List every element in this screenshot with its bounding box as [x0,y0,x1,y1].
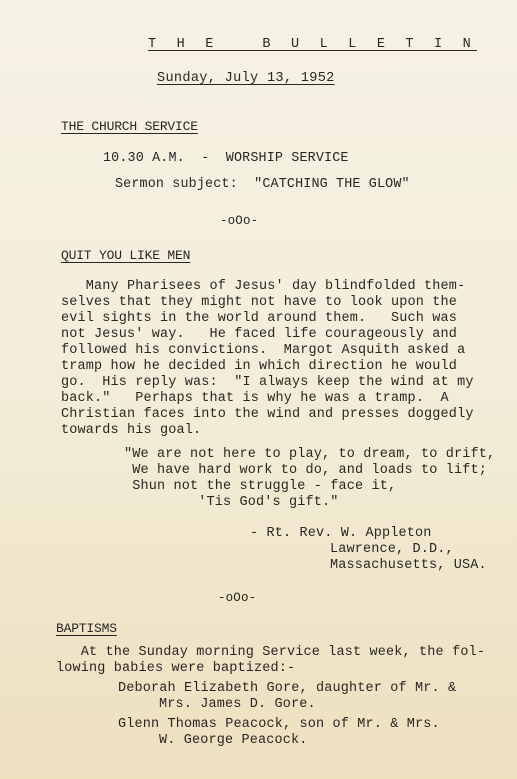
section-divider: -oOo- [220,213,258,229]
paragraph-line: Christian faces into the wind and presse… [61,407,474,423]
church-service-heading: THE CHURCH SERVICE [61,119,198,135]
quit-you-like-men-heading: QUIT YOU LIKE MEN [61,248,190,264]
bulletin-date: Sunday, July 13, 1952 [157,71,335,87]
paragraph-line: towards his goal. [61,423,201,439]
paragraph-line: not Jesus' way. He faced life courageous… [61,327,457,343]
poem-line: Shun not the struggle - face it, [124,479,396,495]
baptisms-heading: BAPTISMS [56,621,117,637]
attribution-location: Massachusetts, USA. [330,558,487,574]
bulletin-title: T H E B U L L E T I N [148,37,477,53]
attribution-title: Lawrence, D.D., [330,542,454,558]
paragraph-line: go. His reply was: "I always keep the wi… [61,375,474,391]
poem-line: We have hard work to do, and loads to li… [124,463,487,479]
baptism-entry-line: Mrs. James D. Gore. [159,697,316,713]
baptism-entry-line: W. George Peacock. [159,733,308,749]
paragraph-line: followed his convictions. Margot Asquith… [61,343,465,359]
baptism-entry-line: Deborah Elizabeth Gore, daughter of Mr. … [118,681,456,697]
poem-line: "We are not here to play, to dream, to d… [124,447,495,463]
paragraph-line: selves that they might not have to look … [61,295,457,311]
paragraph-line: back." Perhaps that is why he was a tram… [61,391,449,407]
service-time: 10.30 A.M. - WORSHIP SERVICE [103,151,349,167]
sermon-subject: Sermon subject: "CATCHING THE GLOW" [115,177,410,193]
section-divider: -oOo- [218,590,256,606]
poem-line: 'Tis God's gift." [124,495,339,511]
baptisms-intro-line: At the Sunday morning Service last week,… [56,645,485,661]
paragraph-line: Many Pharisees of Jesus' day blindfolded… [61,279,465,295]
paragraph-line: evil sights in the world around them. Su… [61,311,457,327]
bulletin-page: T H E B U L L E T I N Sunday, July 13, 1… [0,0,517,779]
baptism-entry-line: Glenn Thomas Peacock, son of Mr. & Mrs. [118,717,440,733]
paragraph-line: tramp how he decided in which direction … [61,359,457,375]
baptisms-intro-line: lowing babies were baptized:- [56,661,295,677]
attribution-author: - Rt. Rev. W. Appleton [250,526,432,542]
